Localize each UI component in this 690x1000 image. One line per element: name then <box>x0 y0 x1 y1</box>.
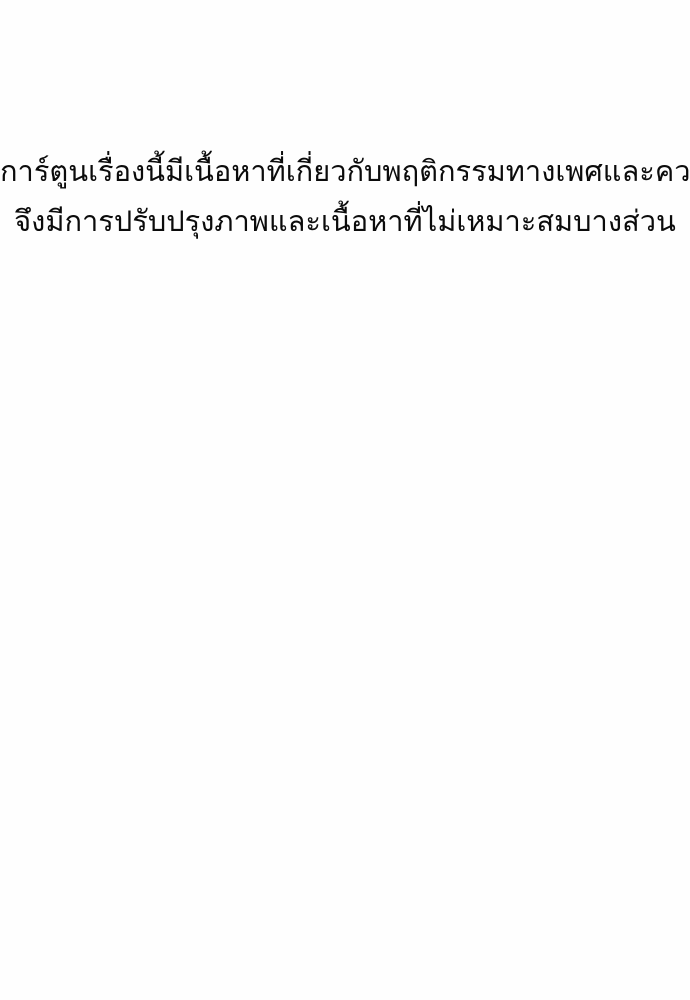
content-warning-page: การ์ตูนเรื่องนี้มีเนื้อหาที่เกี่ยวกับพฤต… <box>0 0 690 1000</box>
disclaimer-text-block: การ์ตูนเรื่องนี้มีเนื้อหาที่เกี่ยวกับพฤต… <box>0 146 690 246</box>
disclaimer-line-1: การ์ตูนเรื่องนี้มีเนื้อหาที่เกี่ยวกับพฤต… <box>0 146 690 196</box>
disclaimer-line-2: จึงมีการปรับปรุงภาพและเนื้อหาที่ไม่เหมาะ… <box>0 196 690 246</box>
